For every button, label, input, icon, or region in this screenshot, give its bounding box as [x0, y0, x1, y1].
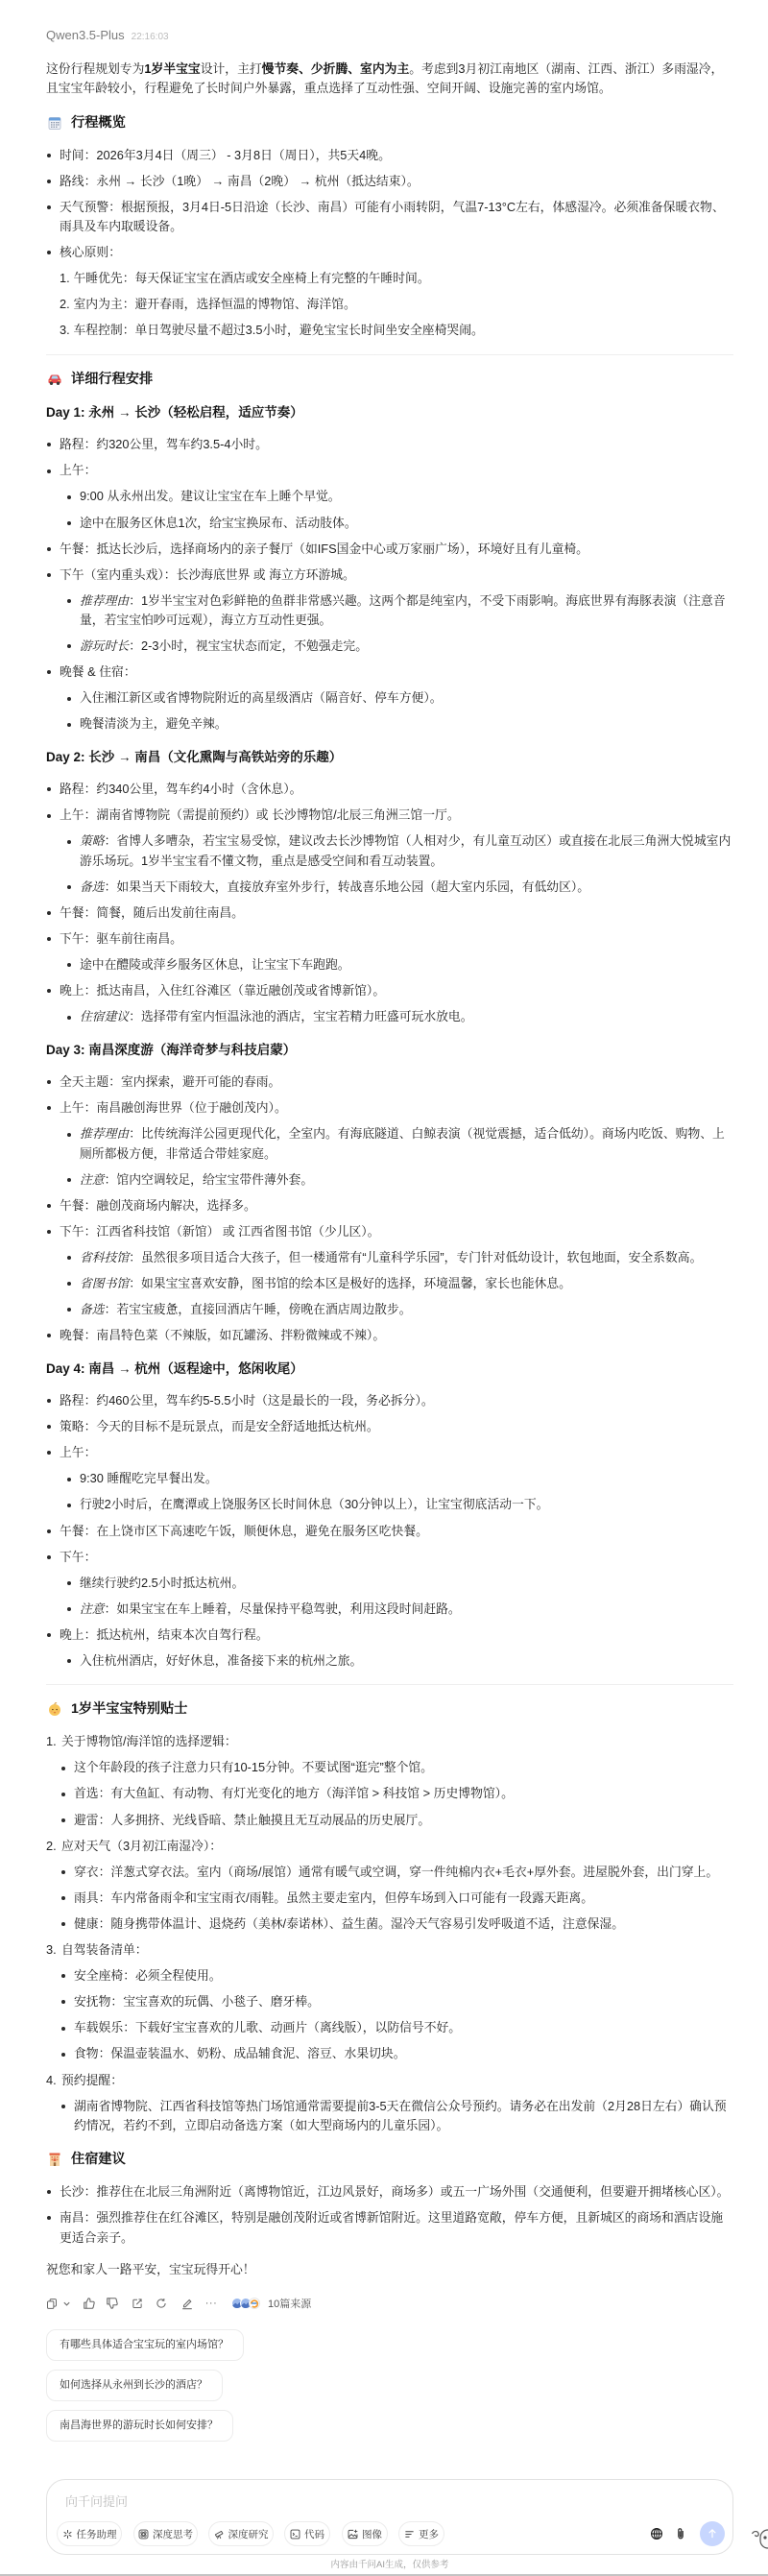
more-menu-icon	[404, 2529, 415, 2540]
item-text: 车载娱乐：下载好宝宝喜欢的儿歌、动画片（离线版），以防信号不好。	[74, 2020, 461, 2034]
itinerary-item: 午餐：融创茂商场内解决，选择多。	[60, 1196, 733, 1216]
itinerary-subitem: 推荐理由：1岁半宝宝对色彩鲜艳的鱼群非常感兴趣。这两个都是纯室内，不受下雨影响。…	[80, 591, 733, 631]
item-label: 游玩时长	[80, 638, 129, 653]
item-text: 策略：今天的目标不是玩景点，而是安全舒适地抵达杭州。	[60, 1419, 379, 1433]
tip-subitem: 避雷：人多拥挤、光线昏暗、禁止触摸且无互动展品的历史展厅。	[74, 1811, 733, 1830]
item-text: 上午：	[60, 1445, 96, 1459]
itinerary-item: 午餐：在上饶市区下高速吃午饭，顺便休息，避免在服务区吃快餐。	[60, 1522, 733, 1541]
item-text: 关于博物馆/海洋馆的选择逻辑：	[61, 1734, 237, 1748]
itinerary-sublist: 入住杭州酒店，好好休息，准备接下来的杭州之旅。	[60, 1651, 733, 1671]
tip-subitem: 健康：随身携带体温计、退烧药（美林/泰诺林）、益生菌。湿冷天气容易引发呼吸道不适…	[74, 1914, 733, 1934]
item-text: 晚餐 & 住宿：	[60, 664, 136, 679]
itinerary-sublist: 住宿建议：选择带有室内恒温泳池的酒店，宝宝若精力旺盛可玩水放电。	[60, 1007, 733, 1026]
chat-composer: 任务助理 深度思考 深度研究 代码 图像 更多	[46, 2479, 733, 2555]
itinerary-subitem: 省科技馆：虽然很多项目适合大孩子，但一楼通常有“儿童科学乐园”，专门针对低幼设计…	[80, 1248, 733, 1267]
itinerary-item: 路程：约320公里，驾车约3.5-4小时。	[60, 435, 733, 454]
itinerary-item: 午餐：抵达长沙后，选择商场内的亲子餐厅（如IFS国金中心或万家丽广场），环境好且…	[60, 540, 733, 559]
thumbs-down-icon	[106, 2297, 119, 2310]
item-text: 午餐：抵达长沙后，选择商场内的亲子餐厅（如IFS国金中心或万家丽广场），环境好且…	[60, 542, 588, 556]
itinerary-subitem: 游玩时长：2-3小时，视宝宝状态而定，不勉强走完。	[80, 637, 733, 656]
edit-button[interactable]	[180, 2294, 194, 2313]
section-title: 详细行程安排	[71, 369, 153, 390]
itinerary-subitem: 途中在醴陵或萍乡服务区休息，让宝宝下车跑跑。	[80, 955, 733, 975]
item-text: ：2-3小时，视宝宝状态而定，不勉强走完。	[129, 638, 368, 653]
principle-item: 3.车程控制：单日驾驶尽量不超过3.5小时，避免宝宝长时间坐安全座椅哭闹。	[60, 321, 733, 340]
suggested-question[interactable]: 有哪些具体适合宝宝玩的室内场馆？	[46, 2329, 244, 2361]
item-text: ：如果当天下雨较大，直接放弃室外步行，转战喜乐地公园（超大室内乐园，有低幼区）。	[105, 879, 589, 894]
item-text: 这个年龄段的孩子注意力只有10-15分钟。不要试图“逛完”整个馆。	[74, 1760, 433, 1774]
like-button[interactable]	[83, 2294, 96, 2313]
itinerary-sublist: 推荐理由：比传统海洋公园更现代化，全室内。有海底隧道、白鲸表演（视觉震撼，适合低…	[60, 1124, 733, 1190]
tool-label: 图像	[362, 2527, 382, 2541]
tip-sublist: 穿衣：洋葱式穿衣法。室内（商场/展馆）通常有暖气或空调，穿一件纯棉内衣+毛衣+厚…	[46, 1863, 733, 1934]
item-text: 南昌：强烈推荐住在红谷滩区，特别是融创茂附近或省博新馆附近。这里道路宽敞，停车方…	[60, 2210, 723, 2244]
item-text: 雨具：车内常备雨伞和宝宝雨衣/雨鞋。虽然主要走室内，但停车场到入口可能有一段露天…	[74, 1890, 593, 1905]
overview-list: 时间：2026年3月4日（周三） - 3月8日（周日），共5天4晚。 路线：永州…	[46, 146, 733, 341]
overview-item: 天气预警：根据预报，3月4日-5日沿途（长沙、南昌）可能有小雨转阴，气温7-13…	[60, 198, 733, 237]
itinerary-item: 下午： 继续行驶约2.5小时抵达杭州。 注意：如果宝宝在车上睡着，尽量保持平稳驾…	[60, 1548, 733, 1619]
day-item-list: 路程：约340公里，驾车约4小时（含休息）。 上午：湖南省博物院（需提前预约）或…	[46, 780, 733, 1026]
itinerary-item: 全天主题：室内探索，避开可能的春雨。	[60, 1072, 733, 1092]
sources-button[interactable]: 10篇来源	[231, 2294, 318, 2313]
refresh-icon	[156, 2298, 167, 2309]
item-text: 穿衣：洋葱式穿衣法。室内（商场/展馆）通常有暖气或空调，穿一件纯棉内衣+毛衣+厚…	[74, 1865, 718, 1879]
item-text: ：选择带有室内恒温泳池的酒店，宝宝若精力旺盛可玩水放电。	[129, 1009, 472, 1023]
itinerary-item: 上午：湖南省博物院（需提前预约）或 长沙博物馆/北辰三角洲三馆一厅。 策略：省博…	[60, 806, 733, 897]
message-action-bar: ··· 10篇来源	[46, 2294, 733, 2313]
item-text: 首选：有大鱼缸、有动物、有灯光变化的地方（海洋馆 > 科技馆 > 历史博物馆）。	[74, 1786, 514, 1800]
item-text: 午睡优先：每天保证宝宝在酒店或安全座椅上有完整的午睡时间。	[74, 271, 430, 285]
day-section: Day 4: 南昌 → 杭州（返程途中，悠闲收尾） 路程：约460公里，驾车约5…	[46, 1359, 733, 1672]
item-label: 省图书馆	[80, 1276, 129, 1290]
tip-subitem: 穿衣：洋葱式穿衣法。室内（商场/展馆）通常有暖气或空调，穿一件纯棉内衣+毛衣+厚…	[74, 1863, 733, 1882]
item-text: 路程：约460公里，驾车约5-5.5小时（这是最长的一段，务必拆分）。	[60, 1393, 434, 1408]
ai-disclaimer: 内容由千问AI生成，仅供参考	[46, 2559, 733, 2572]
day-section: Day 1: 永州 → 长沙（轻松启程，适应节奏） 路程：约320公里，驾车约3…	[46, 402, 733, 734]
tip-subitem: 雨具：车内常备雨伞和宝宝雨衣/雨鞋。虽然主要走室内，但停车场到入口可能有一段露天…	[74, 1889, 733, 1908]
closing-text: 祝您和家人一路平安，宝宝玩得开心！	[46, 2260, 733, 2279]
overview-item: 核心原则： 1.午睡优先：每天保证宝宝在酒店或安全座椅上有完整的午睡时间。 2.…	[60, 243, 733, 341]
item-text: 入住湘江新区或省博物院附近的高星级酒店（隔音好、停车方便）。	[80, 690, 443, 705]
tool-label: 深度思考	[153, 2527, 193, 2541]
item-number: 2.	[46, 1837, 61, 1856]
item-text: 全天主题：室内探索，避开可能的春雨。	[60, 1074, 280, 1089]
item-text: 入住杭州酒店，好好休息，准备接下来的杭州之旅。	[80, 1653, 362, 1668]
section-heading-tips: 1岁半宝宝特别贴士	[46, 1698, 733, 1720]
item-number: 4.	[46, 2071, 61, 2090]
itinerary-subitem: 入住杭州酒店，好好休息，准备接下来的杭州之旅。	[80, 1651, 733, 1671]
item-text: ：馆内空调较足，给宝宝带件薄外套。	[105, 1172, 314, 1187]
item-text: 晚上：抵达杭州，结束本次自驾行程。	[60, 1627, 269, 1642]
section-heading-lodging: 住宿建议	[46, 2149, 733, 2170]
itinerary-item: 路程：约460公里，驾车约5-5.5小时（这是最长的一段，务必拆分）。	[60, 1391, 733, 1410]
tip-sublist: 这个年龄段的孩子注意力只有10-15分钟。不要试图“逛完”整个馆。 首选：有大鱼…	[46, 1758, 733, 1829]
itinerary-subitem: 住宿建议：选择带有室内恒温泳池的酒店，宝宝若精力旺盛可玩水放电。	[80, 1007, 733, 1026]
section-title: 住宿建议	[71, 2149, 126, 2170]
item-text: 下午：	[60, 1550, 96, 1564]
intro-text: 设计，主打	[201, 61, 262, 76]
assistant-message: Qwen3.5-Plus22:16:03 这份行程规划专为1岁半宝宝设计，主打慢…	[46, 26, 733, 2442]
item-text: 天气预警：根据预报，3月4日-5日沿途（长沙、南昌）可能有小雨转阴，气温7-13…	[60, 200, 725, 233]
message-header: Qwen3.5-Plus22:16:03	[46, 26, 733, 45]
itinerary-item: 晚上：抵达南昌，入住红谷滩区（靠近融创茂或省博新馆）。 住宿建议：选择带有室内恒…	[60, 981, 733, 1026]
itinerary-item: 上午： 9:00 从永州出发。建议让宝宝在车上睡个早觉。 途中在服务区休息1次，…	[60, 461, 733, 532]
tip-subitem: 这个年龄段的孩子注意力只有10-15分钟。不要试图“逛完”整个馆。	[74, 1758, 733, 1777]
item-text: 车程控制：单日驾驶尽量不超过3.5小时，避免宝宝长时间坐安全座椅哭闹。	[74, 323, 484, 337]
itinerary-subitem: 策略：省博人多嘈杂，若宝宝易受惊，建议改去长沙博物馆（人相对少，有儿童互动区）或…	[80, 831, 733, 871]
day-item-list: 路程：约320公里，驾车约3.5-4小时。 上午： 9:00 从永州出发。建议让…	[46, 435, 733, 734]
itinerary-item: 上午：南昌融创海世界（位于融创茂内）。 推荐理由：比传统海洋公园更现代化，全室内…	[60, 1098, 733, 1190]
share-icon	[132, 2298, 143, 2309]
item-text: 下午（室内重头戏）：长沙海底世界 或 海立方环游城。	[60, 567, 355, 582]
item-label: 备选	[80, 1302, 105, 1316]
tool-more[interactable]: 更多	[398, 2521, 444, 2546]
suggested-question[interactable]: 如何选择从永州到长沙的酒店？	[46, 2370, 223, 2401]
itinerary-sublist: 9:30 睡醒吃完早餐出发。 行驶2小时后，在鹰潭或上饶服务区长时间休息（30分…	[60, 1469, 733, 1514]
itinerary-item: 策略：今天的目标不是玩景点，而是安全舒适地抵达杭州。	[60, 1417, 733, 1436]
tip-item: 2.应对天气（3月初江南湿冷）： 穿衣：洋葱式穿衣法。室内（商场/展馆）通常有暖…	[46, 1837, 733, 1935]
item-number: 3.	[46, 1940, 61, 1960]
tool-deep-think[interactable]: 深度思考	[133, 2521, 198, 2546]
item-text: ：比传统海洋公园更现代化，全室内。有海底隧道、白鲸表演（视觉震撼，适合低幼）。商…	[80, 1126, 725, 1160]
itinerary-item: 下午：江西省科技馆（新馆） 或 江西省图书馆（少儿区）。 省科技馆：虽然很多项目…	[60, 1222, 733, 1320]
item-text: 时间：2026年3月4日（周三） - 3月8日（周日），共5天4晚。	[60, 148, 391, 162]
item-text: ：如果宝宝在车上睡着，尽量保持平稳驾驶，利用这段时间赶路。	[105, 1601, 461, 1616]
day-section: Day 2: 长沙 → 南昌（文化熏陶与高铁站旁的乐趣） 路程：约340公里，驾…	[46, 747, 733, 1027]
itinerary-item: 晚餐 & 住宿： 入住湘江新区或省博物院附近的高星级酒店（隔音好、停车方便）。 …	[60, 662, 733, 734]
tip-sublist: 安全座椅：必须全程使用。 安抚物：宝宝喜欢的玩偶、小毯子、磨牙棒。 车载娱乐：下…	[46, 1966, 733, 2064]
day-heading: Day 3: 南昌深度游（海洋奇梦与科技启蒙）	[46, 1040, 733, 1061]
image-icon	[348, 2529, 358, 2540]
itinerary-subitem: 入住湘江新区或省博物院附近的高星级酒店（隔音好、停车方便）。	[80, 688, 733, 708]
itinerary-sublist: 继续行驶约2.5小时抵达杭州。 注意：如果宝宝在车上睡着，尽量保持平稳驾驶，利用…	[60, 1574, 733, 1619]
itinerary-subitem: 9:30 睡醒吃完早餐出发。	[80, 1469, 733, 1488]
baby-icon	[47, 1701, 62, 1717]
section-heading-itinerary: 详细行程安排	[46, 369, 733, 390]
item-text: 午餐：在上饶市区下高速吃午饭，顺便休息，避免在服务区吃快餐。	[60, 1524, 428, 1538]
itinerary-subitem: 注意：馆内空调较足，给宝宝带件薄外套。	[80, 1170, 733, 1190]
itinerary-item: 下午：驱车前往南昌。 途中在醴陵或萍乡服务区休息，让宝宝下车跑跑。	[60, 929, 733, 975]
itinerary-subitem: 行驶2小时后，在鹰潭或上饶服务区长时间休息（30分钟以上），让宝宝彻底活动一下。	[80, 1495, 733, 1514]
more-button[interactable]: ···	[205, 2294, 217, 2313]
divider	[46, 354, 733, 355]
lodging-list: 长沙：推荐住在北辰三角洲附近（离博物馆近，江边风景好，商场多）或五一广场外围（交…	[46, 2182, 733, 2248]
lodging-item: 长沙：推荐住在北辰三角洲附近（离博物馆近，江边风景好，商场多）或五一广场外围（交…	[60, 2182, 733, 2202]
item-text: 应对天气（3月初江南湿冷）：	[61, 1839, 222, 1853]
overview-item: 时间：2026年3月4日（周三） - 3月8日（周日），共5天4晚。	[60, 146, 733, 165]
itinerary-sublist: 9:00 从永州出发。建议让宝宝在车上睡个早觉。 途中在服务区休息1次，给宝宝换…	[60, 487, 733, 532]
item-text: 继续行驶约2.5小时抵达杭州。	[80, 1576, 244, 1590]
code-icon	[290, 2529, 300, 2540]
day-item-list: 路程：约460公里，驾车约5-5.5小时（这是最长的一段，务必拆分）。 策略：今…	[46, 1391, 733, 1671]
tip-subitem: 车载娱乐：下载好宝宝喜欢的儿歌、动画片（离线版），以防信号不好。	[74, 2018, 733, 2037]
day-item-list: 全天主题：室内探索，避开可能的春雨。 上午：南昌融创海世界（位于融创茂内）。 推…	[46, 1072, 733, 1345]
car-icon	[47, 372, 62, 387]
tool-label: 任务助理	[77, 2527, 117, 2541]
telescope-icon	[214, 2529, 225, 2540]
itinerary-item: 晚上：抵达杭州，结束本次自驾行程。 入住杭州酒店，好好休息，准备接下来的杭州之旅…	[60, 1625, 733, 1671]
item-text: 食物：保温壶装温水、奶粉、成品辅食泥、溶豆、水果切块。	[74, 2046, 406, 2060]
item-text: ：若宝宝疲惫，直接回酒店午睡，傍晚在酒店周边散步。	[105, 1302, 412, 1316]
itinerary-subitem: 继续行驶约2.5小时抵达杭州。	[80, 1574, 733, 1593]
tool-label: 深度研究	[228, 2527, 269, 2541]
overview-item: 路线：永州 → 长沙（1晚） → 南昌（2晚） → 杭州（抵达结束）。	[60, 172, 733, 191]
item-label: 注意	[80, 1601, 105, 1616]
tip-subitem: 湖南省博物院、江西省科技馆等热门场馆通常需要提前3-5天在微信公众号预约。请务必…	[74, 2097, 733, 2136]
lodging-item: 南昌：强烈推荐住在红谷滩区，特别是融创茂附近或省博新馆附近。这里道路宽敞，停车方…	[60, 2208, 733, 2248]
item-text: 长沙：推荐住在北辰三角洲附近（离博物馆近，江边风景好，商场多）或五一广场外围（交…	[60, 2184, 729, 2199]
itinerary-subitem: 省图书馆：如果宝宝喜欢安静，图书馆的绘本区是极好的选择，环境温馨，家长也能休息。	[80, 1274, 733, 1293]
task-assistant-icon	[62, 2529, 73, 2540]
tip-item: 4.预约提醒： 湖南省博物院、江西省科技馆等热门场馆通常需要提前3-5天在微信公…	[46, 2071, 733, 2136]
arrow-up-icon	[707, 2528, 718, 2540]
item-text: 避雷：人多拥挤、光线昏暗、禁止触摸且无互动展品的历史展厅。	[74, 1813, 430, 1827]
item-text: 9:30 睡醒吃完早餐出发。	[80, 1471, 218, 1485]
item-text: ：1岁半宝宝对色彩鲜艳的鱼群非常感兴趣。这两个都是纯室内，不受下雨影响。海底世界…	[80, 593, 726, 627]
message-timestamp: 22:16:03	[132, 32, 169, 42]
hotel-icon	[47, 2152, 62, 2167]
attach-button[interactable]	[674, 2527, 687, 2540]
item-text: ：虽然很多项目适合大孩子，但一楼通常有“儿童科学乐园”，专门针对低幼设计，软包地…	[129, 1250, 702, 1264]
day-heading: Day 4: 南昌 → 杭州（返程途中，悠闲收尾）	[46, 1359, 733, 1380]
itinerary-sublist: 入住湘江新区或省博物院附近的高星级酒店（隔音好、停车方便）。 晚餐清淡为主，避免…	[60, 688, 733, 734]
item-label: 注意	[80, 1172, 105, 1187]
item-text: 上午：湖南省博物院（需提前预约）或 长沙博物馆/北辰三角洲三馆一厅。	[60, 807, 460, 822]
item-number: 2.	[60, 295, 74, 314]
item-text: 下午：驱车前往南昌。	[60, 931, 182, 946]
item-text: 行驶2小时后，在鹰潭或上饶服务区长时间休息（30分钟以上），让宝宝彻底活动一下。	[80, 1497, 548, 1511]
itinerary-item: 午餐：简餐，随后出发前往南昌。	[60, 903, 733, 923]
principle-item: 2.室内为主：避开春雨，选择恒温的博物馆、海洋馆。	[60, 295, 733, 314]
dislike-button[interactable]	[106, 2294, 119, 2313]
tip-subitem: 安抚物：宝宝喜欢的玩偶、小毯子、磨牙棒。	[74, 1992, 733, 2011]
suggested-question[interactable]: 南昌海世界的游玩时长如何安排？	[46, 2410, 233, 2442]
section-title: 行程概览	[71, 112, 126, 133]
copy-options-dropdown[interactable]	[61, 2294, 71, 2313]
intro-emphasis: 慢节奏、少折腾、室内为主	[262, 61, 410, 76]
item-text: 途中在服务区休息1次，给宝宝换尿布、活动肢体。	[80, 516, 357, 530]
suggested-questions: 有哪些具体适合宝宝玩的室内场馆？ 如何选择从永州到长沙的酒店？ 南昌海世界的游玩…	[46, 2329, 733, 2442]
itinerary-item: 路程：约340公里，驾车约4小时（含休息）。	[60, 780, 733, 799]
item-text: 下午：江西省科技馆（新馆） 或 江西省图书馆（少儿区）。	[60, 1224, 379, 1239]
itinerary-subitem: 晚餐清淡为主，避免辛辣。	[80, 714, 733, 734]
tool-code[interactable]: 代码	[284, 2521, 330, 2546]
divider	[46, 1684, 733, 1685]
item-text: 健康：随身携带体温计、退烧药（美林/泰诺林）、益生菌。湿冷天气容易引发呼吸道不适…	[74, 1916, 624, 1931]
tip-item: 1.关于博物馆/海洋馆的选择逻辑： 这个年龄段的孩子注意力只有10-15分钟。不…	[46, 1732, 733, 1830]
item-text: 安抚物：宝宝喜欢的玩偶、小毯子、磨牙棒。	[74, 1994, 320, 2009]
item-text: 晚上：抵达南昌，入住红谷滩区（靠近融创茂或省博新馆）。	[60, 983, 385, 998]
day-heading: Day 1: 永州 → 长沙（轻松启程，适应节奏）	[46, 402, 733, 423]
item-text: 核心原则：	[60, 245, 121, 259]
itinerary-subitem: 备选：如果当天下雨较大，直接放弃室外步行，转战喜乐地公园（超大室内乐园，有低幼区…	[80, 878, 733, 897]
tip-subitem: 食物：保温壶装温水、奶粉、成品辅食泥、溶豆、水果切块。	[74, 2044, 733, 2063]
itinerary-sublist: 推荐理由：1岁半宝宝对色彩鲜艳的鱼群非常感兴趣。这两个都是纯室内，不受下雨影响。…	[60, 591, 733, 657]
itinerary-subitem: 途中在服务区休息1次，给宝宝换尿布、活动肢体。	[80, 514, 733, 533]
tool-image[interactable]: 图像	[342, 2521, 388, 2546]
intro-emphasis: 1岁半宝宝	[144, 61, 200, 76]
more-icon: ···	[205, 2298, 218, 2309]
deep-think-icon	[138, 2529, 149, 2540]
itinerary-item: 下午（室内重头戏）：长沙海底世界 或 海立方环游城。 推荐理由：1岁半宝宝对色彩…	[60, 566, 733, 657]
item-text: 路程：约340公里，驾车约4小时（含休息）。	[60, 782, 301, 796]
item-number: 3.	[60, 321, 74, 340]
item-text: 9:00 从永州出发。建议让宝宝在车上睡个早觉。	[80, 489, 341, 503]
itinerary-sublist: 策略：省博人多嘈杂，若宝宝易受惊，建议改去长沙博物馆（人相对少，有儿童互动区）或…	[60, 831, 733, 897]
tip-subitem: 首选：有大鱼缸、有动物、有灯光变化的地方（海洋馆 > 科技馆 > 历史博物馆）。	[74, 1784, 733, 1803]
item-text: 上午：	[60, 463, 96, 477]
edit-icon	[180, 2297, 194, 2310]
itinerary-item: 晚餐：南昌特色菜（不辣版，如瓦罐汤、拌粉微辣或不辣）。	[60, 1326, 733, 1345]
tool-deep-research[interactable]: 深度研究	[208, 2521, 274, 2546]
item-text: 午餐：融创茂商场内解决，选择多。	[60, 1198, 256, 1213]
model-name: Qwen3.5-Plus	[46, 28, 125, 42]
item-text: 午餐：简餐，随后出发前往南昌。	[60, 905, 244, 920]
item-text: 湖南省博物院、江西省科技馆等热门场馆通常需要提前3-5天在微信公众号预约。请务必…	[74, 2099, 727, 2132]
item-text: 路线：永州 → 长沙（1晚） → 南昌（2晚） → 杭州（抵达结束）。	[60, 174, 420, 188]
section-title: 1岁半宝宝特别贴士	[71, 1698, 187, 1720]
item-text: 晚餐清淡为主，避免辛辣。	[80, 716, 228, 731]
itinerary-item: 上午： 9:30 睡醒吃完早餐出发。 行驶2小时后，在鹰潭或上饶服务区长时间休息…	[60, 1443, 733, 1514]
calendar-icon	[47, 115, 62, 131]
tool-label: 更多	[419, 2527, 439, 2541]
copy-icon	[46, 2298, 58, 2310]
item-label: 省科技馆	[80, 1250, 129, 1264]
day-section: Day 3: 南昌深度游（海洋奇梦与科技启蒙） 全天主题：室内探索，避开可能的春…	[46, 1040, 733, 1346]
section-heading-overview: 行程概览	[46, 112, 733, 133]
itinerary-subitem: 9:00 从永州出发。建议让宝宝在车上睡个早觉。	[80, 487, 733, 506]
tips-list: 1.关于博物馆/海洋馆的选择逻辑： 这个年龄段的孩子注意力只有10-15分钟。不…	[46, 1732, 733, 2135]
intro-paragraph: 这份行程规划专为1岁半宝宝设计，主打慢节奏、少折腾、室内为主。考虑到3月初江南地…	[46, 60, 733, 99]
itinerary-subitem: 注意：如果宝宝在车上睡着，尽量保持平稳驾驶，利用这段时间赶路。	[80, 1600, 733, 1619]
sources-count-label: 10篇来源	[268, 2296, 311, 2311]
item-number: 1.	[46, 1732, 61, 1751]
web-search-toggle[interactable]	[650, 2527, 663, 2540]
item-label: 住宿建议	[80, 1009, 129, 1023]
tip-item: 3.自驾装备清单： 安全座椅：必须全程使用。 安抚物：宝宝喜欢的玩偶、小毯子、磨…	[46, 1940, 733, 2064]
thumbs-up-icon	[83, 2297, 96, 2310]
itinerary-subitem: 推荐理由：比传统海洋公园更现代化，全室内。有海底隧道、白鲸表演（视觉震撼，适合低…	[80, 1124, 733, 1164]
intro-text: 这份行程规划专为	[46, 61, 144, 76]
chevron-down-icon	[62, 2299, 71, 2308]
item-text: ：省博人多嘈杂，若宝宝易受惊，建议改去长沙博物馆（人相对少，有儿童互动区）或直接…	[80, 833, 731, 867]
itinerary-subitem: 备选：若宝宝疲惫，直接回酒店午睡，傍晚在酒店周边散步。	[80, 1300, 733, 1319]
copy-button[interactable]	[46, 2294, 58, 2313]
regenerate-button[interactable]	[156, 2294, 167, 2313]
item-text: 路程：约320公里，驾车约3.5-4小时。	[60, 437, 268, 451]
globe-icon	[650, 2527, 663, 2540]
principles-list: 1.午睡优先：每天保证宝宝在酒店或安全座椅上有完整的午睡时间。 2.室内为主：避…	[60, 269, 733, 340]
itinerary-sublist: 省科技馆：虽然很多项目适合大孩子，但一楼通常有“儿童科学乐园”，专门针对低幼设计…	[60, 1248, 733, 1319]
tip-sublist: 湖南省博物院、江西省科技馆等热门场馆通常需要提前3-5天在微信公众号预约。请务必…	[46, 2097, 733, 2136]
source-avatars-icon	[231, 2298, 260, 2309]
tool-label: 代码	[304, 2527, 324, 2541]
item-label: 推荐理由	[80, 593, 129, 608]
day-heading: Day 2: 长沙 → 南昌（文化熏陶与高铁站旁的乐趣）	[46, 747, 733, 768]
item-text: 上午：南昌融创海世界（位于融创茂内）。	[60, 1100, 287, 1115]
tip-subitem: 安全座椅：必须全程使用。	[74, 1966, 733, 1986]
item-text: 自驾装备清单：	[61, 1942, 148, 1957]
item-text: 室内为主：避开春雨，选择恒温的博物馆、海洋馆。	[74, 297, 356, 311]
assistant-mascot-icon[interactable]	[751, 2523, 768, 2552]
item-label: 备选	[80, 879, 105, 894]
item-label: 推荐理由	[80, 1126, 129, 1141]
item-text: 途中在醴陵或萍乡服务区休息，让宝宝下车跑跑。	[80, 957, 350, 972]
principle-item: 1.午睡优先：每天保证宝宝在酒店或安全座椅上有完整的午睡时间。	[60, 269, 733, 288]
chat-input[interactable]	[65, 2492, 641, 2511]
item-text: 晚餐：南昌特色菜（不辣版，如瓦罐汤、拌粉微辣或不辣）。	[60, 1328, 385, 1342]
paperclip-icon	[674, 2527, 687, 2540]
item-label: 策略	[80, 833, 105, 848]
item-number: 1.	[60, 269, 74, 288]
share-button[interactable]	[132, 2294, 143, 2313]
tool-task-assistant[interactable]: 任务助理	[57, 2521, 122, 2546]
item-text: 预约提醒：	[61, 2073, 123, 2087]
send-button[interactable]	[700, 2521, 725, 2546]
item-text: ：如果宝宝喜欢安静，图书馆的绘本区是极好的选择，环境温馨，家长也能休息。	[129, 1276, 571, 1290]
itinerary-sublist: 途中在醴陵或萍乡服务区休息，让宝宝下车跑跑。	[60, 955, 733, 975]
item-text: 安全座椅：必须全程使用。	[74, 1968, 222, 1983]
